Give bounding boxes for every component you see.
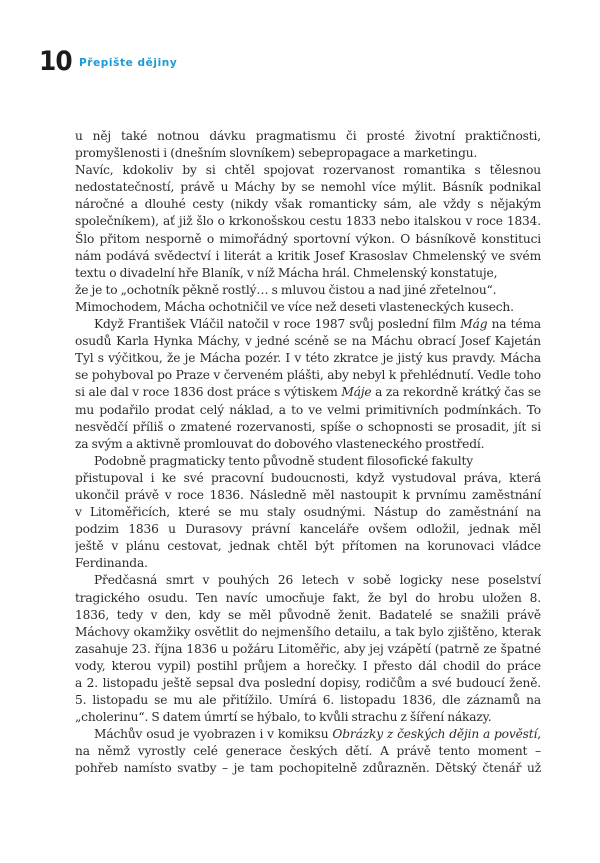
text-line: tragického osudu. Ten navíc umocňuje fak… [75,590,541,607]
book-page: 10 Přepište dějiny u něj také notnou dáv… [0,0,600,863]
text-line: Když František Vláčil natočil v roce 198… [75,316,541,333]
text-line: společníkem), ať již šlo o krkonošskou c… [75,213,541,230]
text-line: nám podává svědectví i literát a kritik … [75,248,541,265]
page-header: 10 Přepište dějiny [39,47,177,77]
italic-title: Mág [460,317,487,331]
text-line: a 2. listopadu ještě sepsal dva poslední… [75,675,541,692]
text-line: Mimochodem, Mácha ochotničil ve více než… [75,299,541,316]
text-line: nedostatečností, právě u Máchy by se nem… [75,179,541,196]
text-line: Máchovy okamžiky osvětlit do nejmenšího … [75,624,541,641]
text-line: ještě v plánu cestovat, jednak chtěl být… [75,538,541,555]
text-line: Podobně pragmaticky tento původně studen… [75,453,541,470]
text-line: ukončil právě v roce 1836. Následně měl … [75,487,541,504]
text-line: nesvědčí příliš o zmatené rozervanosti, … [75,419,541,436]
text-line: u něj také notnou dávku pragmatismu či p… [75,128,541,145]
text-line: Ferdinanda. [75,555,541,572]
text-line: 5. listopadu se mu ale přitížilo. Umírá … [75,692,541,709]
text-line: přistupoval i ke své pracovní budoucnost… [75,470,541,487]
text-line: Tyl s výčitkou, že je Mácha pozér. I v t… [75,350,541,367]
text-line: v Litoměřicích, které se mu staly osudný… [75,504,541,521]
text-line: 1836, tedy v den, kdy se měl původně žen… [75,607,541,624]
text-line: „cholerinu“. S datem úmrtí se hýbalo, to… [75,709,541,726]
italic-title: Máje [341,385,371,399]
text-line: za svým a aktivně promlouvat do dobového… [75,436,541,453]
text-line: textu o divadelní hře Blaník, v níž Mách… [75,265,541,282]
text-line: si ale dal v roce 1836 dost práce s výti… [75,384,541,401]
text-line: mu podařilo prodat celý náklad, a to ve … [75,402,541,419]
text-line: Navíc, kdokoliv by si chtěl spojovat roz… [75,162,541,179]
text-line: pohřeb namísto svatby – je tam pochopite… [75,760,541,777]
text-line: vody, kterou vypil) postihl průjem a hor… [75,658,541,675]
text-line: promyšlenosti i (dnešním slovníkem) sebe… [75,145,541,162]
text-line: že je to „ochotník pěkně rostlý… s mluvo… [75,282,541,299]
italic-title: Obrázky z českých dějin a pověstí [332,727,537,741]
text-line: náročné a dlouhé cesty (nikdy však roman… [75,196,541,213]
text-line: zasahuje 23. října 1836 u požáru Litoměř… [75,641,541,658]
chapter-title: Přepište dějiny [79,47,177,78]
text-line: podzim 1836 u Durasovy právní kanceláře … [75,521,541,538]
text-line: na němž vyrostly celé generace českých d… [75,743,541,760]
text-line: Máchův osud je vyobrazen i v komiksu Obr… [75,726,541,743]
text-line: osudů Karla Hynka Máchy, v jedné scéně s… [75,333,541,350]
text-line: Šlo přitom nesporně o mimořádný sportovn… [75,231,541,248]
text-line: se pohyboval po Praze v červeném plášti,… [75,367,541,384]
body-text: u něj také notnou dávku pragmatismu či p… [75,128,541,778]
page-number: 10 [39,47,70,77]
text-line: Předčasná smrt v pouhých 26 letech v sob… [75,572,541,589]
